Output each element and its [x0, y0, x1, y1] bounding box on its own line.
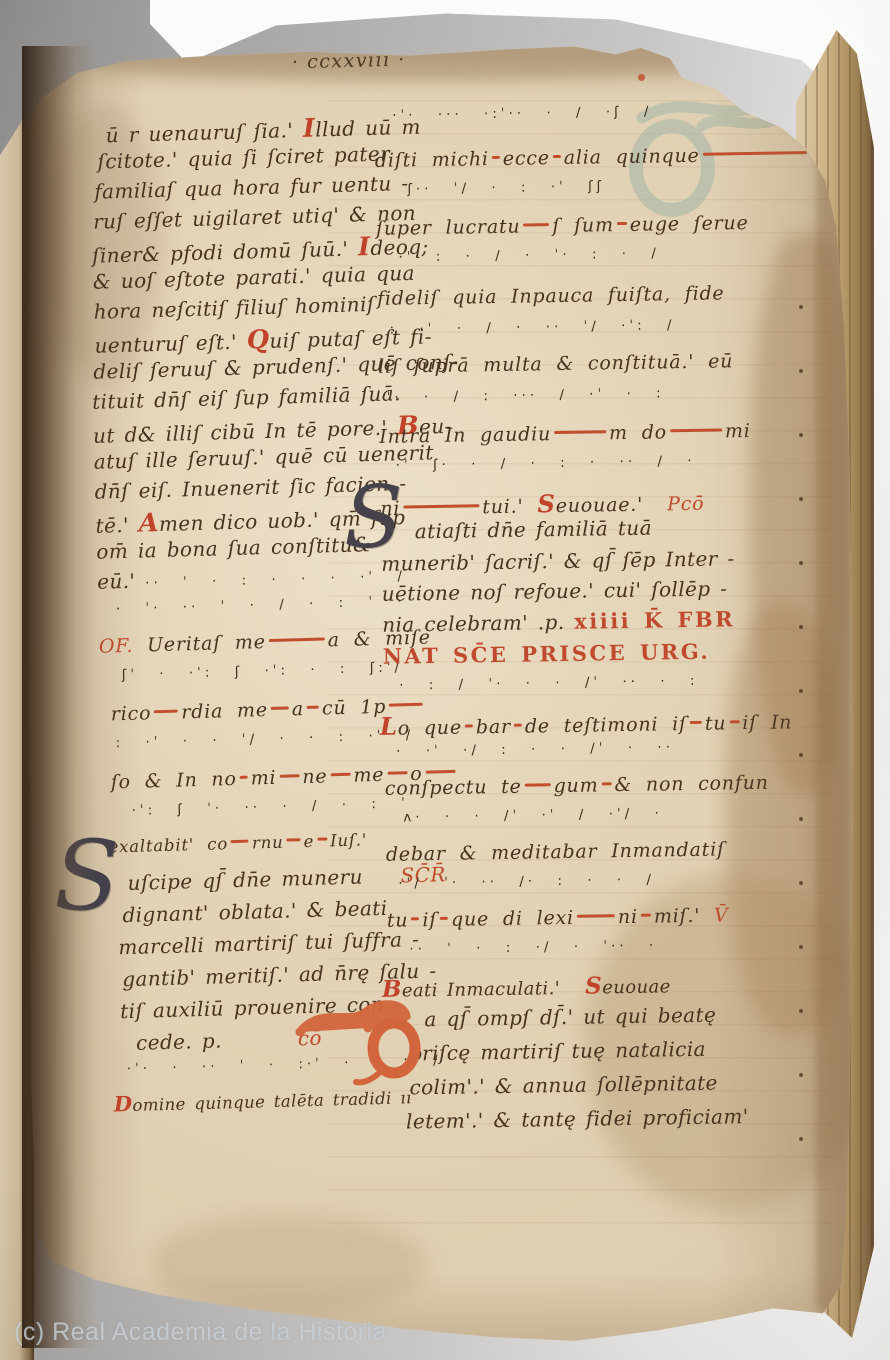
neume-row: · ·ˈ ·∕ : · · ∕ˈ · ··	[396, 739, 674, 759]
chant-extension-line	[514, 724, 522, 727]
manuscript-line: debar & meditabar Inmandatiſ	[386, 838, 725, 865]
text-segment: Pcō	[667, 493, 705, 516]
copyright-watermark: (c) Real Academia de la Historia	[14, 1318, 387, 1347]
text-segment: letem'.' & tantę fidei proficiam'	[406, 1104, 749, 1133]
text-segment: iſ	[422, 909, 437, 931]
text-segment: familiaſ qua hora fur uentu -	[94, 171, 409, 204]
neume-row: ʌ· · · ∕ˈ ·ˈ ∕ ·ˈ∕ ·	[403, 805, 663, 825]
text-segment: tiſ auxiliū prouenire con -	[120, 991, 401, 1023]
text-segment: Ueritaſ me	[133, 631, 266, 657]
text-segment: marcelli martiriſ tui ſuffra -	[118, 927, 420, 959]
text-segment: ū r uenauruſ ſia.'	[105, 118, 303, 147]
manuscript-line: om̄ ia bona ſua conſtitu&	[96, 532, 371, 564]
manuscript-line: atiaſti dn̄e familiā tuā	[415, 516, 653, 544]
neume-row: · : ∕ ˈ· · · ∕ˈ ·· · :	[399, 673, 698, 694]
manuscript-line: colim'.' & annua ſollēpnitate	[409, 1071, 718, 1100]
manuscript-photo: · ccxxviii · ū r uenauruſ ſia.' Illud uū…	[0, 0, 890, 1360]
text-segment: B	[397, 411, 420, 442]
manuscript-line: eū.' ·· ˈ · : · · · ·ˈ ∕	[97, 561, 406, 594]
text-segment: rico	[111, 702, 152, 725]
text-segment: nia celebram' .p.	[382, 610, 574, 637]
manuscript-line: familiaſ qua hora fur uentu -	[94, 171, 409, 204]
text-segment: ut d& illiſ cibū In tē pore.'	[93, 415, 398, 447]
manuscript-line: ruſ eſſet uigilaret utiq' & non	[93, 201, 417, 234]
manuscript-line: tuiſque di lexinimiſ.' V̄	[387, 904, 729, 931]
text-segment: L	[380, 712, 398, 741]
text-segment: dn̄ſ eiſ. Inuenerit ſic facien -	[94, 471, 406, 504]
folio-number: · ccxxviii ·	[292, 49, 406, 74]
text-segment: diſti michi	[375, 148, 489, 172]
text-segment: S	[585, 972, 602, 999]
spacer	[222, 1045, 298, 1047]
text-segment: atuſ ille ſeruuſ.' quē cū uenerit	[93, 440, 434, 473]
initial-d-ornate-icon	[292, 962, 442, 1092]
manuscript-line: hora neſcitiſ filiuſ hominiſ	[93, 292, 375, 324]
text-segment: omine quinque talēta tradidi ıı	[132, 1088, 412, 1115]
text-segment: D	[113, 1091, 132, 1117]
ruling-lines	[328, 100, 833, 1230]
text-segment: euge ſerue	[630, 212, 749, 236]
text-segment: conſpectu te	[385, 776, 522, 800]
chant-extension-line	[387, 772, 407, 775]
text-segment: Intra In gaudiu	[379, 423, 551, 448]
text-segment: colim'.' & annua ſollēpnitate	[409, 1071, 718, 1100]
chant-extension-line	[641, 914, 651, 917]
text-segment: dignant' oblata.' & beati	[122, 896, 388, 927]
text-segment: om̄ ia bona ſua conſtitu&	[96, 532, 371, 564]
chant-extension-line	[703, 151, 807, 155]
text-segment: debar & meditabar Inmandatiſ	[386, 838, 725, 865]
text-segment: A	[138, 508, 159, 539]
text-segment: Q	[246, 325, 270, 356]
text-segment: bar	[476, 716, 511, 739]
text-segment: euouae.'	[556, 494, 644, 517]
text-segment: ſo & In no	[110, 768, 236, 794]
chant-extension-line	[525, 784, 551, 787]
manuscript-line: dn̄ſ eiſ. Inuenerit ſic facien -	[94, 471, 406, 504]
text-segment: que di lexi	[451, 907, 574, 931]
manuscript-line: Domine quinque talēta tradidi ıı	[113, 1083, 412, 1116]
chant-extension-line	[577, 915, 615, 918]
stain-right-margin-upper	[750, 234, 850, 794]
neume-row: ·ˈ : · ∕ · ˈ· : · ∕	[398, 245, 660, 265]
manuscript-line: deliſ ſeruuſ & prudenſ.' quē conſ-	[93, 350, 458, 384]
text-segment: ſiner& pfodi domū ſuū.'	[92, 236, 359, 267]
manuscript-line: uſcipe qſ̄ dn̄e muneru SC̄R̄	[127, 862, 446, 895]
chant-extension-line	[465, 725, 473, 728]
neume-row: ·ˈ· ··· ·:ˈ·· · ∕ ·ʃ ∕	[392, 104, 652, 124]
manuscript-line: ſcitote.' quia ſi ſciret pater	[97, 141, 390, 173]
stain-bottom-right	[584, 874, 874, 1214]
chant-extension-line	[617, 222, 627, 225]
chant-extension-line	[411, 918, 419, 921]
text-segment: ·· ˈ · : · · · ·ˈ ∕	[145, 568, 406, 591]
chant-extension-line	[553, 155, 561, 158]
text-segment: deoq;	[370, 234, 429, 260]
text-segment: V̄	[714, 904, 729, 926]
text-segment: euouae	[602, 976, 671, 998]
chant-extension-line	[269, 638, 325, 642]
manuscript-line: tituit dn̄ſ eiſ ſup familiā ſuā.	[92, 381, 401, 414]
manuscript-line: priſcę martiriſ tuę natalicia	[409, 1037, 706, 1066]
text-segment: ſ ſum	[552, 214, 614, 237]
neume-row: ·ˈ: ʃ ˈ· ·· · ∕ · : ˈ	[131, 795, 409, 819]
chant-extension-line	[240, 776, 248, 779]
manuscript-line: liſ ſuprā multa & conſtituā.' eū	[378, 350, 733, 378]
chant-extension-line	[154, 710, 178, 713]
chant-extension-line	[317, 838, 327, 841]
chant-extension-line	[389, 703, 423, 707]
chant-extension-line	[307, 706, 319, 709]
text-segment: ni	[380, 498, 400, 520]
manuscript-page: · ccxxviii · ū r uenauruſ ſia.' Illud uū…	[28, 44, 856, 1350]
text-segment: SC̄R̄	[400, 862, 446, 887]
text-segment: alia quinque	[564, 145, 700, 169]
chant-extension-line	[729, 721, 739, 724]
chant-extension-line	[330, 773, 350, 776]
text-segment: tituit dn̄ſ eiſ ſup familiā ſuā.	[92, 381, 401, 414]
manuscript-line: Intra In gaudium domi	[379, 420, 751, 448]
text-segment: cū 1p	[322, 696, 387, 720]
chant-extension-line	[440, 917, 448, 920]
text-segment: o	[410, 763, 423, 785]
stain-bottom-center	[148, 1214, 428, 1314]
ghost-initial-showthrough-icon	[608, 86, 818, 226]
left-text-column: ū r uenauruſ ſia.' Illud uū mſcitote.' q…	[82, 101, 417, 1169]
manuscript-line: tiſ auxiliū prouenire con -	[120, 991, 401, 1023]
text-segment: xiiii K̄ FBR	[574, 606, 735, 634]
text-segment: uenturuſ eſt.'	[94, 329, 247, 357]
spacer	[373, 882, 401, 883]
red-ink-dot	[638, 74, 645, 81]
text-segment: cō	[297, 1026, 322, 1051]
text-segment: rdia me	[181, 699, 268, 723]
manuscript-line: diſti michieccealia quinque	[375, 143, 810, 172]
text-segment: uſcipe qſ̄ dn̄e muneru	[127, 864, 373, 895]
chant-extension-line	[690, 721, 702, 724]
text-segment: hora neſcitiſ filiuſ hominiſ	[93, 292, 375, 324]
neume-row: ˈ· · ∕ : ··· ∕ ·ˈ · :	[387, 385, 665, 405]
text-segment: exaltabit' co	[108, 834, 228, 856]
text-segment: OF.	[99, 635, 134, 658]
manuscript-line: ſo & In nominemeo	[110, 762, 458, 794]
text-segment: S	[537, 489, 556, 518]
text-segment: eū.'	[97, 568, 146, 593]
text-segment: tui.'	[482, 495, 537, 518]
text-segment: tu	[705, 712, 727, 734]
text-segment: iſ In	[742, 711, 792, 734]
manuscript-line: dignant' oblata.' & beati	[122, 896, 388, 927]
text-segment: rnu	[252, 833, 284, 853]
manuscript-line: a qſ̄ ompſ dſ̄.' ut qui beatę	[424, 1003, 716, 1032]
text-segment: uiſ putaſ eſt fi-	[269, 324, 432, 353]
manuscript-line: atuſ ille ſeruuſ.' quē cū uenerit	[93, 440, 434, 473]
chant-extension-line	[425, 770, 455, 773]
neume-row: ʃˈ · ·ˈ: ʃ ·ˈ: · : ʃ:ˈ∕	[122, 659, 404, 683]
text-segment: deliſ ſeruuſ & prudenſ.' quē conſ-	[93, 350, 458, 384]
manuscript-line: fideliſ quia Inpauca fuiſta, fide	[377, 282, 725, 309]
chant-extension-line	[271, 707, 289, 710]
manuscript-line: uenturuſ eſt.' Quiſ putaſ eſt fi-	[94, 320, 432, 359]
manuscript-line: letem'.' & tantę fidei proficiam'	[406, 1104, 749, 1133]
chant-extension-line	[523, 224, 549, 227]
manuscript-line: ū r uenauruſ ſia.' Illud uū m	[105, 111, 421, 150]
text-segment: men dico uob.' qm̄ ſup	[159, 505, 406, 536]
text-segment: ruſ eſſet uigilaret utiq' & non	[93, 201, 417, 234]
manuscript-line: ſiner& pfodi domū ſuū.' Ideoq;	[92, 230, 429, 269]
text-segment: Iuſ.'	[330, 830, 368, 850]
pricking-holes	[798, 302, 804, 1162]
text-segment: a qſ̄ ompſ dſ̄.' ut qui beatę	[424, 1003, 716, 1032]
text-segment: miſ.'	[654, 905, 715, 928]
text-segment: cede. p.	[136, 1028, 222, 1054]
text-segment: eati Inmaculati.'	[402, 978, 570, 1002]
text-segment: e	[303, 832, 314, 851]
text-segment: I	[302, 113, 315, 143]
manuscript-line: NAT SC̄E PRISCE URG.	[383, 639, 711, 669]
manuscript-line: conſpectu tegum& non confun	[385, 772, 769, 800]
manuscript-line: gantib' meritiſ.' ad n̄rę ſalu -	[122, 958, 437, 991]
text-segment: B	[382, 976, 402, 1003]
chant-extension-line	[601, 783, 611, 786]
text-segment: priſcę martiriſ tuę natalicia	[409, 1037, 706, 1066]
manuscript-line: cede. p.cō	[136, 1026, 322, 1055]
neume-row: ʃ·· ˈ∕ · : ·ˈ ʃʃ	[407, 178, 605, 197]
chant-extension-line	[492, 156, 500, 159]
manuscript-line: Beati Inmaculati.' Seuouae	[382, 971, 671, 1003]
text-segment: gum	[553, 774, 598, 797]
text-segment: ſcitote.' quia ſi ſciret pater	[97, 141, 390, 173]
text-segment: de teſtimoni iſ	[525, 713, 687, 738]
manuscript-line: nia celebram' .p. xiiii K̄ FBR	[382, 606, 735, 637]
text-segment: & uoſ eſtote parati.' quia qua	[92, 261, 415, 294]
text-segment: ecce	[503, 147, 550, 170]
manuscript-line: & uoſ eſtote parati.' quia qua	[92, 261, 415, 294]
text-segment: eu-	[419, 414, 452, 439]
manuscript-line: uētione noſ refoue.' cui' ſollēp -	[382, 576, 728, 605]
initial-s-satiasti: S	[344, 484, 403, 553]
right-text-column: ·ˈ· ··· ·:ˈ·· · ∕ ·ʃ ∕diſti michiecceali…	[366, 95, 723, 1180]
neume-row: : ·ˈ · · ˈ∕ · · : ·ˈ ∕	[115, 727, 414, 751]
text-segment: & non confun	[614, 772, 769, 796]
chant-extension-line	[403, 505, 479, 509]
text-segment: me	[353, 764, 384, 787]
chant-extension-line	[554, 431, 606, 434]
text-segment: uētione noſ refoue.' cui' ſollēp -	[382, 576, 728, 605]
neume-row: : ·ˈ · ∕ · ·· ˈ∕ ·ˈ: ∕	[389, 317, 675, 337]
text-segment: m do	[609, 421, 667, 444]
text-segment: tu	[387, 909, 409, 931]
text-segment: tē.'	[95, 513, 139, 538]
text-segment: fideliſ quia Inpauca fuiſta, fide	[377, 282, 725, 309]
manuscript-line: munerib' ſacriſ.' & qſ̄ ſēp Inter -	[381, 546, 735, 576]
text-segment: NAT SC̄E PRISCE URG.	[383, 639, 711, 669]
stain-right-margin-lower	[726, 604, 848, 1034]
manuscript-line: marcelli martiriſ tui ſuffra -	[118, 927, 420, 959]
chant-extension-line	[279, 775, 299, 778]
manuscript-line: ut d& illiſ cibū In tē pore.' Beu-	[93, 410, 452, 450]
neume-row: · ˈ· ·· ˈ · ∕ · : ˈ · ·	[116, 592, 436, 617]
text-segment: mi	[250, 767, 276, 790]
manuscript-line: ricordia meacū 1p	[111, 695, 427, 726]
text-segment: munerib' ſacriſ.' & qſ̄ ſēp Inter -	[381, 546, 735, 576]
manuscript-line: nitui.' Seuouae.'Pcō	[380, 487, 704, 521]
text-segment: llud uū m	[315, 115, 421, 142]
neume-row: ·ˈ∕ ˈ· ·· ∕· : · · ∕	[398, 872, 655, 892]
text-segment: gantib' meritiſ.' ad n̄rę ſalu -	[122, 958, 437, 991]
neume-row: ·ˈ ʃ· · ∕ · : · ·· ∕ ·	[396, 453, 696, 474]
manuscript-line: ſuper lucratuſ ſumeuge ſerue	[376, 212, 749, 240]
neume-row: ·ˈ· · ·· ˈ · :·ˈ · · : ∕	[127, 1052, 442, 1077]
chant-extension-line	[231, 840, 249, 843]
gutter-shadow	[22, 46, 96, 1348]
text-segment: o que	[398, 717, 462, 740]
manuscript-line: exaltabit' cornueIuſ.'	[108, 830, 367, 856]
chant-extension-line	[670, 429, 722, 432]
text-segment: ſuper lucratu	[376, 216, 521, 240]
text-segment: I	[358, 232, 371, 262]
chant-extension-line	[286, 839, 300, 842]
text-segment: ne	[302, 765, 328, 788]
text-segment: mi	[725, 420, 751, 442]
text-segment: ni	[618, 906, 638, 928]
neume-row: ·· ˈ · : ·∕ · ˈ·· ·	[409, 938, 657, 958]
text-segment: atiaſti dn̄e familiā tuā	[415, 516, 653, 544]
manuscript-line: Lo quebarde teſtimoni iſtuiſ In	[380, 705, 793, 740]
text-segment: a	[292, 698, 305, 720]
text-segment: liſ ſuprā multa & conſtituā.' eū	[378, 350, 733, 378]
manuscript-line: OF. Ueritaſ mea & miſe	[99, 626, 431, 657]
manuscript-line: tē.' Amen dico uob.' qm̄ ſup	[95, 501, 405, 540]
text-segment: a & miſe	[327, 626, 431, 651]
